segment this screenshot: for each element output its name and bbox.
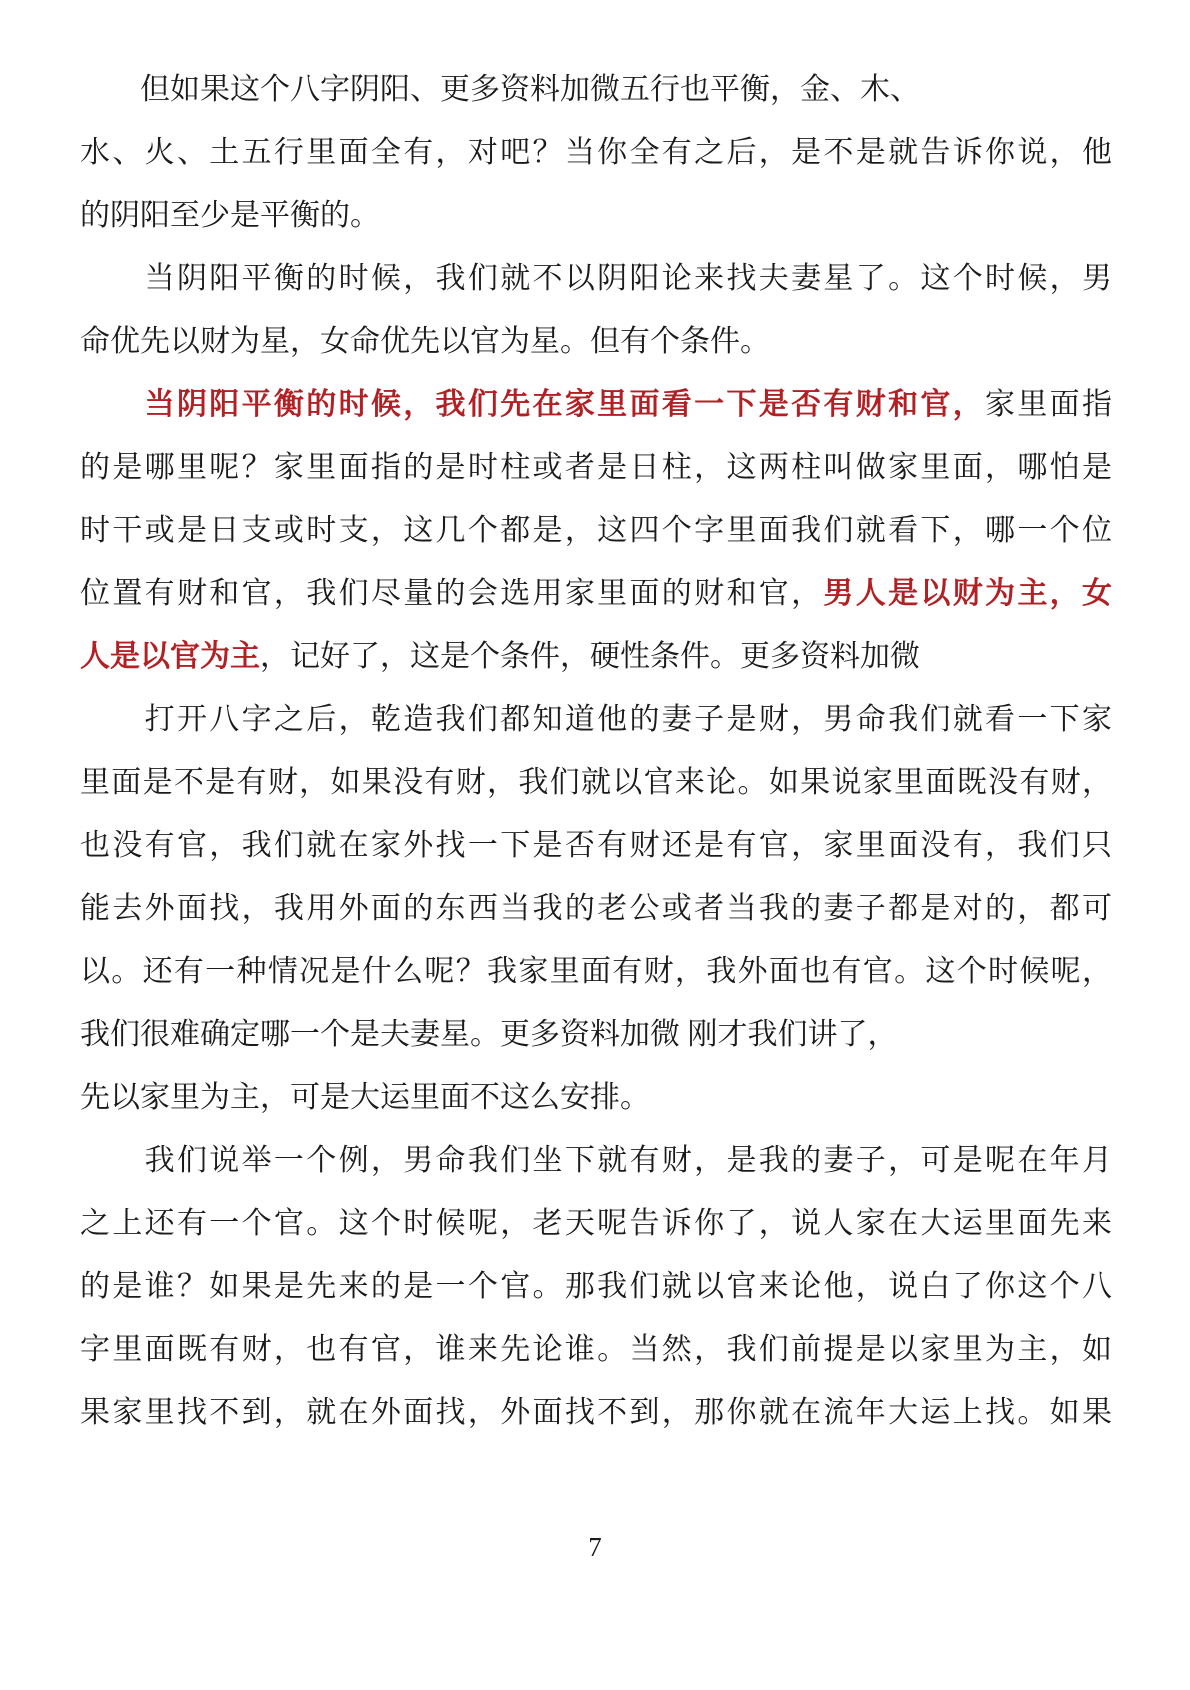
text-line: 也没有官，我们就在家外找一下是否有财还是有官，家里面没有，我们只 bbox=[80, 814, 1112, 877]
footer-page-number: 7 bbox=[588, 1532, 602, 1562]
text-line: 水、火、土五行里面全有，对吧？当你全有之后，是不是就告诉你说，他 bbox=[80, 121, 1112, 184]
text-segment: 的是哪里呢？家里面指的是时柱或者是日柱，这两柱叫做家里面，哪怕是 bbox=[80, 451, 1112, 484]
text-line: 时干或是日支或时支，这几个都是，这四个字里面我们就看下，哪一个位 bbox=[80, 499, 1112, 562]
footer: 7 bbox=[0, 1532, 1190, 1563]
text-line: 里面是不是有财，如果没有财，我们就以官来论。如果说家里面既没有财， bbox=[80, 751, 1112, 814]
text-segment: 位置有财和官，我们尽量的会选用家里面的财和官， bbox=[80, 577, 823, 610]
text-line: 以。还有一种情况是什么呢？我家里面有财，我外面也有官。这个时候呢， bbox=[80, 940, 1112, 1003]
text-segment: 能去外面找，我用外面的东西当我的老公或者当我的妻子都是对的，都可 bbox=[80, 892, 1112, 925]
text-segment: 以。还有一种情况是什么呢？我家里面有财，我外面也有官。这个时候呢， bbox=[80, 955, 1112, 988]
text-line: 我们很难确定哪一个是夫妻星。更多资料加微 刚才我们讲了， bbox=[80, 1003, 1112, 1066]
text-segment-red: 当阴阳平衡的时候，我们先在家里面看一下是否有财和官， bbox=[80, 388, 985, 421]
text-line: 的阴阳至少是平衡的。 bbox=[80, 184, 1112, 247]
text-segment: 我们说举一个例，男命我们坐下就有财，是我的妻子，可是呢在年月 bbox=[80, 1144, 1112, 1177]
text-line: 能去外面找，我用外面的东西当我的老公或者当我的妻子都是对的，都可 bbox=[80, 877, 1112, 940]
text-segment: ，记好了，这是个条件，硬性条件。更多资料加微 bbox=[260, 640, 920, 673]
text-line: 的是谁？如果是先来的是一个官。那我们就以官来论他，说白了你这个八 bbox=[80, 1255, 1112, 1318]
text-segment: 也没有官，我们就在家外找一下是否有财还是有官，家里面没有，我们只 bbox=[80, 829, 1112, 862]
text-segment: 的是谁？如果是先来的是一个官。那我们就以官来论他，说白了你这个八 bbox=[80, 1270, 1112, 1303]
text-line: 但如果这个八字阴阳、更多资料加微五行也平衡，金、木、 bbox=[80, 58, 1112, 121]
text-line: 的是哪里呢？家里面指的是时柱或者是日柱，这两柱叫做家里面，哪怕是 bbox=[80, 436, 1112, 499]
text-line: 打开八字之后，乾造我们都知道他的妻子是财，男命我们就看一下家 bbox=[80, 688, 1112, 751]
text-segment: 里面是不是有财，如果没有财，我们就以官来论。如果说家里面既没有财， bbox=[80, 766, 1112, 799]
text-segment: 打开八字之后，乾造我们都知道他的妻子是财，男命我们就看一下家 bbox=[80, 703, 1112, 736]
text-segment: 先以家里为主，可是大运里面不这么安排。 bbox=[80, 1081, 650, 1114]
text-line: 我们说举一个例，男命我们坐下就有财，是我的妻子，可是呢在年月 bbox=[80, 1129, 1112, 1192]
text-segment: 当阴阳平衡的时候，我们就不以阴阳论来找夫妻星了。这个时候，男 bbox=[80, 262, 1112, 295]
text-body: 但如果这个八字阴阳、更多资料加微五行也平衡，金、木、水、火、土五行里面全有，对吧… bbox=[80, 58, 1112, 1444]
text-line: 果家里找不到，就在外面找，外面找不到，那你就在流年大运上找。如果 bbox=[80, 1381, 1112, 1444]
text-segment: 水、火、土五行里面全有，对吧？当你全有之后，是不是就告诉你说，他 bbox=[80, 136, 1112, 169]
text-line: 之上还有一个官。这个时候呢，老天呢告诉你了，说人家在大运里面先来 bbox=[80, 1192, 1112, 1255]
text-line: 当阴阳平衡的时候，我们就不以阴阳论来找夫妻星了。这个时候，男 bbox=[80, 247, 1112, 310]
document-page: 但如果这个八字阴阳、更多资料加微五行也平衡，金、木、水、火、土五行里面全有，对吧… bbox=[0, 0, 1190, 1690]
text-segment: 字里面既有财，也有官，谁来先论谁。当然，我们前提是以家里为主，如 bbox=[80, 1333, 1112, 1366]
text-segment-red: 男人是以财为主，女 bbox=[823, 577, 1112, 610]
text-line: 当阴阳平衡的时候，我们先在家里面看一下是否有财和官，家里面指 bbox=[80, 373, 1112, 436]
text-segment: 的阴阳至少是平衡的。 bbox=[80, 199, 380, 232]
text-segment: 但如果这个八字阴阳、更多资料加微五行也平衡，金、木、 bbox=[80, 73, 920, 106]
text-segment: 之上还有一个官。这个时候呢，老天呢告诉你了，说人家在大运里面先来 bbox=[80, 1207, 1112, 1240]
text-segment: 我们很难确定哪一个是夫妻星。更多资料加微 刚才我们讲了， bbox=[80, 1018, 898, 1051]
text-segment: 果家里找不到，就在外面找，外面找不到，那你就在流年大运上找。如果 bbox=[80, 1396, 1112, 1429]
text-segment: 命优先以财为星，女命优先以官为星。但有个条件。 bbox=[80, 325, 770, 358]
text-segment: 时干或是日支或时支，这几个都是，这四个字里面我们就看下，哪一个位 bbox=[80, 514, 1112, 547]
text-line: 位置有财和官，我们尽量的会选用家里面的财和官，男人是以财为主，女 bbox=[80, 562, 1112, 625]
text-segment: 家里面指 bbox=[985, 388, 1112, 421]
text-line: 命优先以财为星，女命优先以官为星。但有个条件。 bbox=[80, 310, 1112, 373]
text-line: 字里面既有财，也有官，谁来先论谁。当然，我们前提是以家里为主，如 bbox=[80, 1318, 1112, 1381]
text-segment-red: 人是以官为主 bbox=[80, 640, 260, 673]
text-line: 先以家里为主，可是大运里面不这么安排。 bbox=[80, 1066, 1112, 1129]
text-line: 人是以官为主，记好了，这是个条件，硬性条件。更多资料加微 bbox=[80, 625, 1112, 688]
